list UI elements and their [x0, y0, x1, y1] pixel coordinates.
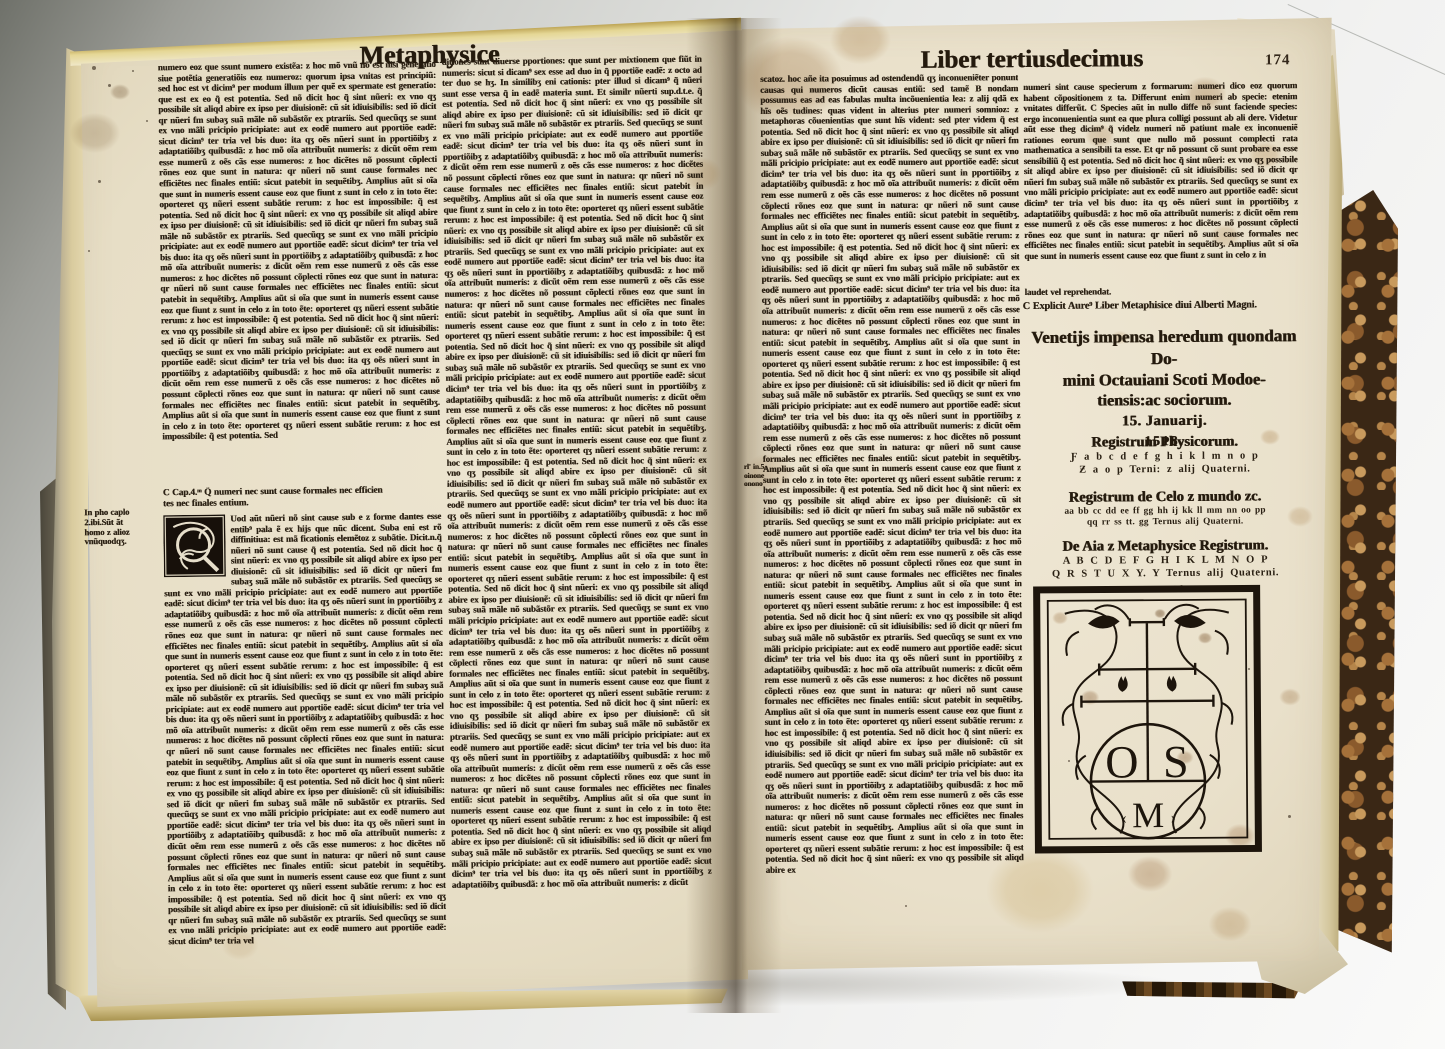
margin-note-line: onono — [744, 480, 786, 489]
registrum-title: Registrum de Celo z mundo zc. — [1024, 487, 1306, 507]
registrum-row: Ƶ a o p Terni: z alij Quaterni. — [1024, 463, 1306, 477]
registrum-row: Q R S T U X Y. Y Ternus alij Quaterni. — [1024, 567, 1306, 581]
colophon-line: Venetijs impensa heredum quondam Do- — [1023, 325, 1305, 370]
right-column-2-last-line: laudet vel reprehendat. — [1025, 285, 1299, 298]
registrum-metaphysice: De Aia z Metaphysice Registrum. A B C D … — [1024, 536, 1306, 581]
registrum-de-celo: Registrum de Celo z mundo zc. aa bb cc d… — [1024, 487, 1306, 529]
device-letter-s: S — [1163, 736, 1189, 787]
registrum-row: aa bb cc dd ee ff gg hh ij kk ll mm nn o… — [1024, 505, 1306, 518]
right-margin-note: rl' in.5. oinone onono — [744, 463, 786, 489]
right-page-text: Liber tertiusdecimus 174 scatoz. hoc añe… — [0, 0, 1445, 1049]
colophon-line: tiensis:ac sociorum. — [1023, 389, 1305, 412]
device-letter-m: M — [1132, 795, 1164, 835]
device-hedera-left: ‹ — [1121, 808, 1127, 827]
right-column-1: scatoz. hoc añe ita posuimus ad ostenden… — [760, 72, 1024, 968]
device-hedera-right: › — [1170, 808, 1176, 827]
registrum-title: De Aia z Metaphysice Registrum. — [1024, 536, 1306, 556]
colophon-date: 15. Januarij. — [1023, 410, 1305, 432]
registrum-title: Registrum Physicorum. — [1024, 432, 1306, 452]
device-letter-o: O — [1105, 736, 1139, 787]
colophon-line: mini Octauiani Scoti Modoe- — [1023, 368, 1305, 391]
right-column-2-text: numeri sint cause specierum z formarum: … — [1023, 80, 1298, 287]
registrum-physicorum: Registrum Physicorum. Ƒ a b c d e f g h … — [1024, 432, 1306, 477]
printers-device-woodcut: O S M ‹ › — [1033, 584, 1263, 854]
folio-number: 174 — [1265, 52, 1325, 69]
running-head-right: Liber tertiusdecimus — [857, 45, 1207, 75]
photo-of-antique-book: Metaphysice In pho caplo 2.ibi.Sũt ãt ho… — [0, 0, 1445, 1049]
registrum-row: qq rr ss tt. gg Ternus alij Quaterni. — [1024, 516, 1306, 529]
explicit-line: C Explicit Aure⁹ Liber Metaphisice diui … — [1023, 299, 1305, 312]
